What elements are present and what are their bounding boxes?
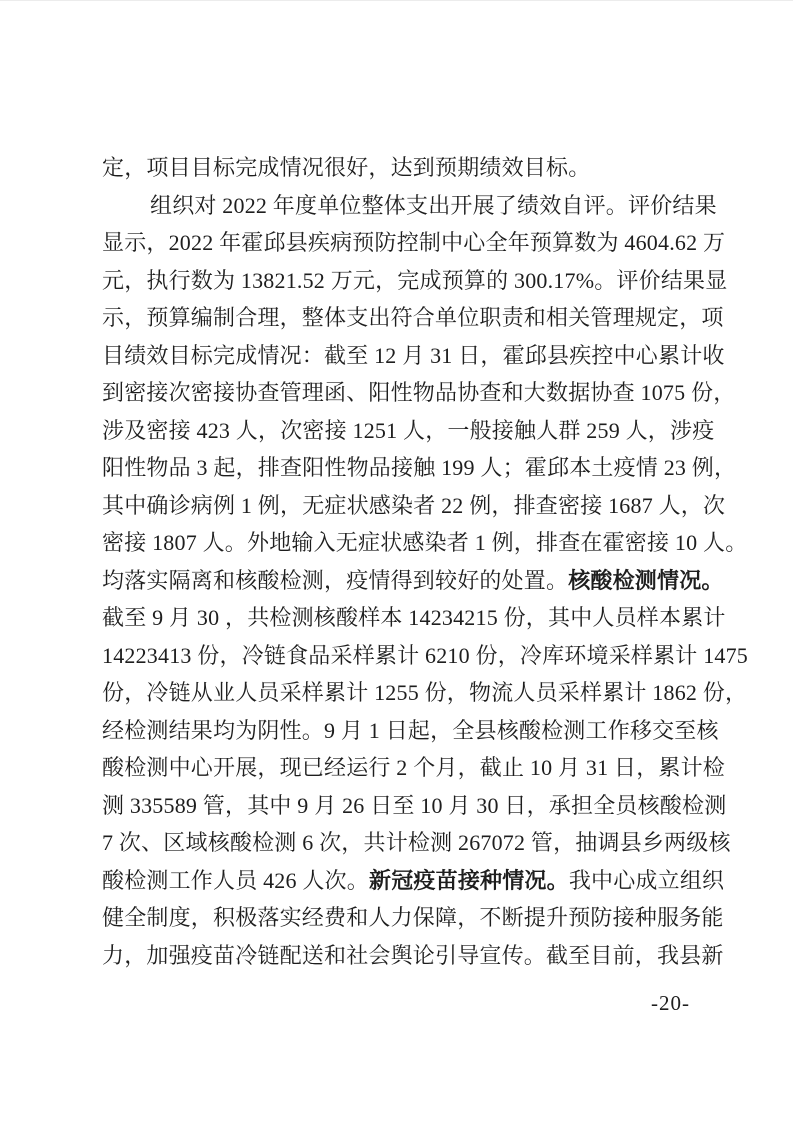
text-run: 经检测结果均为阴性。9 月 1 日起，全县核酸检测工作移交至核 bbox=[102, 718, 719, 743]
text-run: 均落实隔离和核酸检测，疫情得到较好的处置。 bbox=[102, 568, 568, 593]
text-run: 示，预算编制合理，整体支出符合单位职责和相关管理规定，项 bbox=[102, 305, 724, 330]
text-run: 14223413 份，冷链食品采样累计 6210 份，冷库环境采样累计 1475 bbox=[102, 643, 748, 668]
text-line: 阳性物品 3 起，排查阳性物品接触 199 人；霍邱本土疫情 23 例， bbox=[102, 449, 690, 487]
text-lines: 定，项目目标完成情况很好，达到预期绩效目标。组织对 2022 年度单位整体支出开… bbox=[102, 149, 690, 974]
inline-heading: 新冠疫苗接种情况。 bbox=[369, 868, 569, 893]
text-run: 显示，2022 年霍邱县疾病预防控制中心全年预算数为 4604.62 万 bbox=[102, 230, 725, 255]
text-line: 目绩效目标完成情况：截至 12 月 31 日，霍邱县疾控中心累计收 bbox=[102, 337, 690, 375]
text-run: 测 335589 管，其中 9 月 26 日至 10 月 30 日，承担全员核酸… bbox=[102, 793, 726, 818]
text-line: 涉及密接 423 人，次密接 1251 人，一般接触人群 259 人，涉疫 bbox=[102, 412, 690, 450]
text-line: 截至 9 月 30 ，共检测核酸样本 14234215 份，其中人员样本累计 bbox=[102, 599, 690, 637]
text-run: 其中确诊病例 1 例，无症状感染者 22 例，排查密接 1687 人，次 bbox=[102, 493, 725, 518]
text-line: 经检测结果均为阴性。9 月 1 日起，全县核酸检测工作移交至核 bbox=[102, 712, 690, 750]
text-run: 涉及密接 423 人，次密接 1251 人，一般接触人群 259 人，涉疫 bbox=[102, 418, 714, 443]
text-run: 酸检测中心开展，现已经运行 2 个月，截止 10 月 31 日，累计检 bbox=[102, 755, 725, 780]
text-line: 14223413 份，冷链食品采样累计 6210 份，冷库环境采样累计 1475 bbox=[102, 637, 690, 675]
text-run: 我中心成立组织 bbox=[569, 868, 724, 893]
text-line: 份，冷链从业人员采样累计 1255 份，物流人员采样累计 1862 份， bbox=[102, 674, 690, 712]
text-run: 力，加强疫苗冷链配送和社会舆论引导宣传。截至目前，我县新 bbox=[102, 943, 724, 968]
text-run: 份，冷链从业人员采样累计 1255 份，物流人员采样累计 1862 份， bbox=[102, 680, 747, 705]
text-line: 密接 1807 人。外地输入无症状感染者 1 例，排查在霍密接 10 人。 bbox=[102, 524, 690, 562]
text-line: 组织对 2022 年度单位整体支出开展了绩效自评。评价结果 bbox=[102, 187, 690, 225]
text-line: 元，执行数为 13821.52 万元，完成预算的 300.17%。评价结果显 bbox=[102, 262, 690, 300]
document-page: 定，项目目标完成情况很好，达到预期绩效目标。组织对 2022 年度单位整体支出开… bbox=[0, 0, 793, 1122]
text-run: 元，执行数为 13821.52 万元，完成预算的 300.17%。评价结果显 bbox=[102, 268, 727, 293]
text-line: 健全制度，积极落实经费和人力保障，不断提升预防接种服务能 bbox=[102, 899, 690, 937]
text-line: 均落实隔离和核酸检测，疫情得到较好的处置。核酸检测情况。 bbox=[102, 562, 690, 600]
text-run: 目绩效目标完成情况：截至 12 月 31 日，霍邱县疾控中心累计收 bbox=[102, 343, 725, 368]
text-line: 到密接次密接协查管理函、阳性物品协查和大数据协查 1075 份， bbox=[102, 374, 690, 412]
text-line: 定，项目目标完成情况很好，达到预期绩效目标。 bbox=[102, 149, 690, 187]
page-number: -20- bbox=[102, 991, 690, 1016]
text-run: 密接 1807 人。外地输入无症状感染者 1 例，排查在霍密接 10 人。 bbox=[102, 530, 747, 555]
text-run: 到密接次密接协查管理函、阳性物品协查和大数据协查 1075 份， bbox=[102, 380, 735, 405]
text-line: 其中确诊病例 1 例，无症状感染者 22 例，排查密接 1687 人，次 bbox=[102, 487, 690, 525]
text-run: 定，项目目标完成情况很好，达到预期绩效目标。 bbox=[102, 155, 590, 180]
text-line: 示，预算编制合理，整体支出符合单位职责和相关管理规定，项 bbox=[102, 299, 690, 337]
text-run: 健全制度，积极落实经费和人力保障，不断提升预防接种服务能 bbox=[102, 905, 724, 930]
text-line: 酸检测中心开展，现已经运行 2 个月，截止 10 月 31 日，累计检 bbox=[102, 749, 690, 787]
text-run: 阳性物品 3 起，排查阳性物品接触 199 人；霍邱本土疫情 23 例， bbox=[102, 455, 736, 480]
text-line: 力，加强疫苗冷链配送和社会舆论引导宣传。截至目前，我县新 bbox=[102, 937, 690, 975]
text-line: 显示，2022 年霍邱县疾病预防控制中心全年预算数为 4604.62 万 bbox=[102, 224, 690, 262]
inline-heading: 核酸检测情况。 bbox=[568, 568, 723, 593]
text-line: 酸检测工作人员 426 人次。新冠疫苗接种情况。我中心成立组织 bbox=[102, 862, 690, 900]
text-run: 截至 9 月 30 ，共检测核酸样本 14234215 份，其中人员样本累计 bbox=[102, 605, 726, 630]
text-run: 酸检测工作人员 426 人次。 bbox=[102, 868, 369, 893]
text-line: 7 次、区域核酸检测 6 次，共计检测 267072 管，抽调县乡两级核 bbox=[102, 824, 690, 862]
text-run: 7 次、区域核酸检测 6 次，共计检测 267072 管，抽调县乡两级核 bbox=[102, 830, 731, 855]
text-line: 测 335589 管，其中 9 月 26 日至 10 月 30 日，承担全员核酸… bbox=[102, 787, 690, 825]
text-run: 组织对 2022 年度单位整体支出开展了绩效自评。评价结果 bbox=[150, 193, 717, 218]
